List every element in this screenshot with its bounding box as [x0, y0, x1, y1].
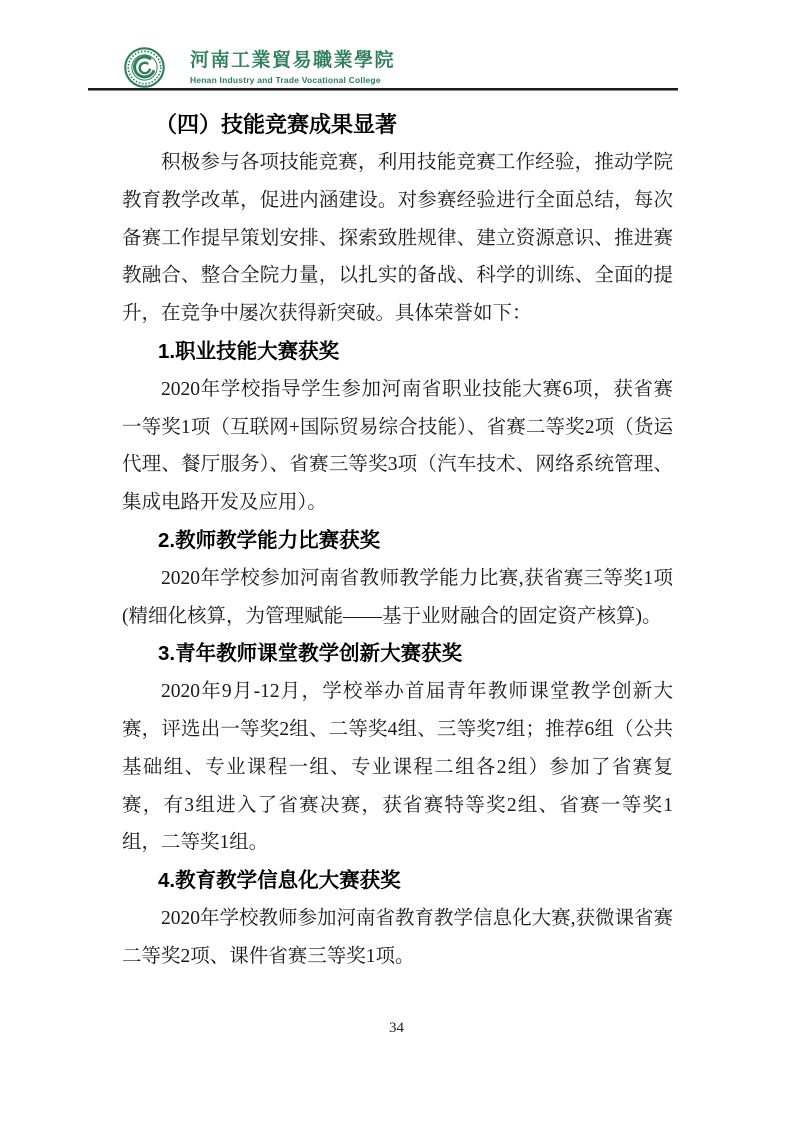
award-paragraph-3: 2020年9月-12月，学校举办首届青年教师课堂教学创新大赛，评选出一等奖2组、… — [122, 673, 673, 862]
award-heading-3: 3.青年教师课堂教学创新大赛获奖 — [122, 635, 673, 673]
college-name-zh: 河南工業貿易職業學院 — [190, 50, 395, 72]
page-header: 河南工業貿易職業學院 Henan Industry and Trade Voca… — [0, 0, 793, 95]
page-footer: 34 — [0, 1020, 793, 1037]
document-body: （四）技能竞赛成果显著 积极参与各项技能竞赛，利用技能竞赛工作经验，推动学院教育… — [122, 106, 673, 976]
header-divider-line — [88, 88, 678, 91]
award-paragraph-1: 2020年学校指导学生参加河南省职业技能大赛6项，获省赛一等奖1项（互联网+国际… — [122, 371, 673, 522]
award-paragraph-2: 2020年学校参加河南省教师教学能力比赛,获省赛三等奖1项(精细化核算，为管理赋… — [122, 560, 673, 636]
college-name-en: Henan Industry and Trade Vocational Coll… — [190, 75, 395, 85]
college-logo-text: 河南工業貿易職業學院 Henan Industry and Trade Voca… — [190, 50, 395, 85]
section-title: （四）技能竞赛成果显著 — [122, 106, 673, 144]
document-page: 河南工業貿易職業學院 Henan Industry and Trade Voca… — [0, 0, 793, 1122]
college-emblem-icon — [124, 47, 165, 88]
award-heading-4: 4.教育教学信息化大赛获奖 — [122, 862, 673, 900]
award-paragraph-4: 2020年学校教师参加河南省教育教学信息化大赛,获微课省赛二等奖2项、课件省赛三… — [122, 900, 673, 976]
award-heading-2: 2.教师教学能力比赛获奖 — [122, 522, 673, 560]
award-heading-1: 1.职业技能大赛获奖 — [122, 333, 673, 371]
intro-paragraph: 积极参与各项技能竞赛，利用技能竞赛工作经验，推动学院教育教学改革，促进内涵建设。… — [122, 144, 673, 333]
page-number: 34 — [389, 1020, 404, 1036]
